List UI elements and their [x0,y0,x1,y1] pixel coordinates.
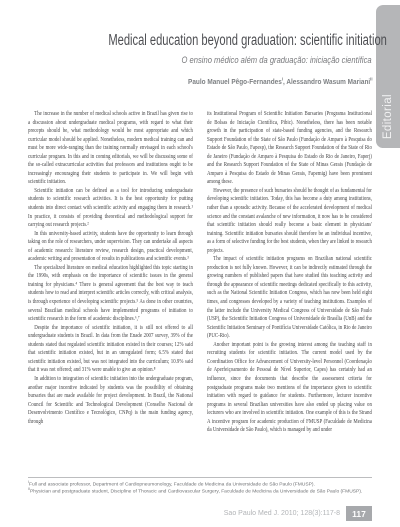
right-column: its Institutional Program of Scientific … [207,110,372,468]
footnote-text: Physician and postgraduate student, Disc… [30,490,362,495]
journal-page: Editorial Medical education beyond gradu… [0,0,400,527]
author-affiliation-mark: II [370,77,372,82]
article-title-text: Medical education beyond graduation: sci… [108,33,387,49]
paragraph: In this university-based activity, stude… [28,230,193,264]
article-subtitle-text: O ensino médico além da graduação: inici… [182,56,372,66]
page-footer: Sao Paulo Med J. 2010; 128(3):117-8 117 [224,506,372,521]
article-subtitle-portuguese: O ensino médico além da graduação: inici… [0,56,372,66]
footnotes-block: IFull and associate professor, Departmen… [28,482,380,496]
page-number-badge: 117 [346,506,372,521]
authors-line: Paulo Manuel Pêgo-FernandesI, Alessandro… [0,79,372,87]
paragraph: The impact of scientific initiation prog… [207,255,372,340]
footnote-text: Full and associate professor, Department… [29,483,315,488]
paragraph: The increase in the number of medical sc… [28,110,193,187]
footnote-divider [28,477,372,478]
editorial-tab-label: Editorial [382,94,394,139]
paragraph: its Institutional Program of Scientific … [207,110,372,187]
author-name: Alessandro Wasum Mariani [286,79,370,86]
paragraph: Despite the importance of scientific ini… [28,324,193,375]
paragraph: The specialized literature on medical ed… [28,264,193,324]
paragraph: In addition to integration of scientific… [28,375,193,426]
footnote: IIPhysician and postgraduate student, Di… [28,489,380,496]
paragraph: However, the presence of such bursaries … [207,187,372,255]
left-column: The increase in the number of medical sc… [28,110,193,468]
article-header: Medical education beyond graduation: sci… [0,33,372,87]
footnote: IFull and associate professor, Departmen… [28,482,380,489]
journal-citation: Sao Paulo Med J. 2010; 128(3):117-8 [224,510,340,517]
article-title: Medical education beyond graduation: sci… [0,33,372,49]
paragraph: Another important point is the growing i… [207,341,372,435]
author-name: Paulo Manuel Pêgo-Fernandes [188,79,282,86]
author-separator: , [282,79,285,86]
paragraph: Scientific initiation can be defined as … [28,187,193,230]
authors-text: Paulo Manuel Pêgo-FernandesI, Alessandro… [188,79,372,87]
editorial-section-tab: Editorial [376,5,400,148]
